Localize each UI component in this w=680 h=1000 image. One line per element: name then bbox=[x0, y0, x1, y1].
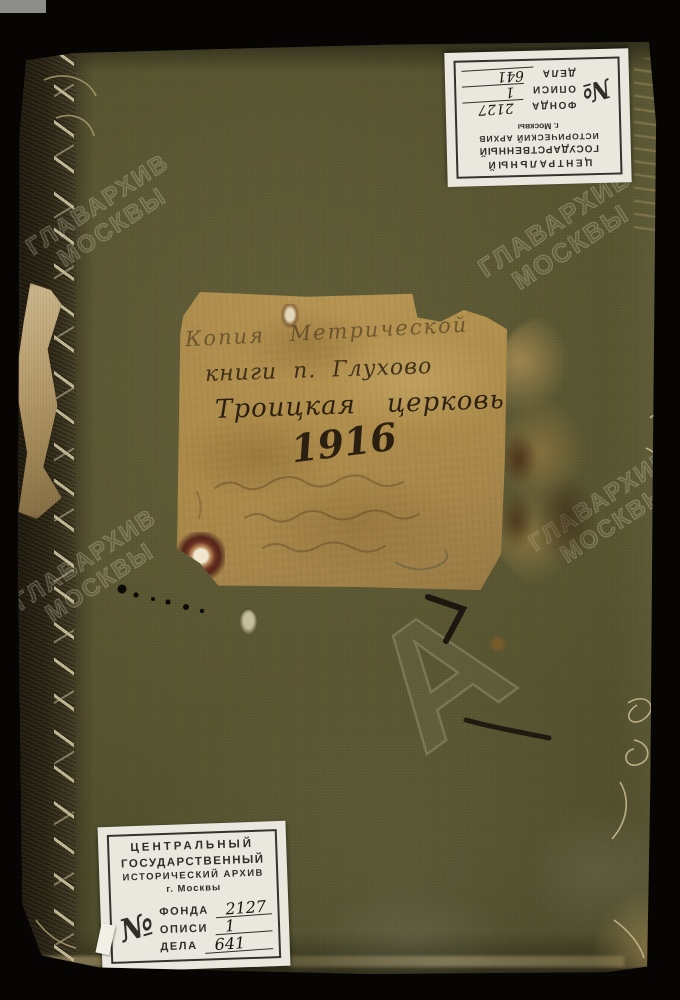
label-burn-hole bbox=[177, 532, 225, 580]
frayed-corner-bottom-right bbox=[590, 888, 660, 968]
ink-spatter bbox=[118, 585, 205, 614]
field-label: ОПИСИ bbox=[160, 922, 209, 936]
field-value-handwritten: 641 bbox=[204, 934, 273, 953]
watermark-big-letter: А bbox=[333, 561, 545, 788]
loose-threads bbox=[612, 414, 658, 958]
archive-label-bottom: ЦЕНТРАЛЬНЫЙ ГОСУДАРСТВЕННЫЙ ИСТОРИЧЕСКИЙ… bbox=[98, 821, 291, 973]
frayed-edge-top-right bbox=[634, 58, 660, 233]
ink-dash bbox=[466, 720, 549, 738]
archive-label-frame: ЦЕНТРАЛЬНЫЙ ГОСУДАРСТВЕННЫЙ ИСТОРИЧЕСКИЙ… bbox=[107, 829, 281, 964]
archive-label-frame: ЦЕНТРАЛЬНЫЙ ГОСУДАРСТВЕННЫЙ ИСТОРИЧЕСКИЙ… bbox=[453, 57, 622, 179]
field-label: ФОНДА bbox=[530, 99, 576, 111]
watermark-line: ГЛАВАРХИВ bbox=[518, 441, 680, 562]
archive-institution: ЦЕНТРАЛЬНЫЙ ГОСУДАРСТВЕННЫЙ ИСТОРИЧЕСКИЙ… bbox=[463, 118, 614, 172]
watermark-line: МОСКВЫ bbox=[483, 183, 658, 311]
dark-stain bbox=[536, 472, 598, 566]
field-value-handwritten: 641 bbox=[462, 67, 535, 84]
numero-sign: № bbox=[116, 906, 158, 950]
archival-photo-stage: ГЛАВАРХИВ МОСКВЫ ГЛАВАРХИВ МОСКВЫ ГЛАВАР… bbox=[0, 0, 680, 1000]
field-value-handwritten: 2127 bbox=[462, 99, 524, 116]
light-spot bbox=[240, 610, 257, 634]
field-label: ДЕЛА bbox=[160, 940, 198, 953]
watermark-line: МОСКВЫ bbox=[533, 464, 680, 585]
scanner-artifact-patch bbox=[0, 0, 46, 13]
field-row-fond: ФОНДА 2127 bbox=[463, 99, 577, 115]
archive-fields: № ФОНДА 2127 ОПИСИ 1 ДЕЛА 641 bbox=[462, 66, 613, 118]
handwritten-title-label: Копия Метрической книги п. Глухово Троиц… bbox=[175, 292, 507, 590]
field-row-delo: ДЕЛА 641 bbox=[160, 935, 273, 954]
archive-fields: № ФОНДА 2127 ОПИСИ 1 ДЕЛА 641 bbox=[117, 897, 273, 955]
book-cover: ГЛАВАРХИВ МОСКВЫ ГЛАВАРХИВ МОСКВЫ ГЛАВАР… bbox=[16, 40, 658, 974]
field-label: ОПИСИ bbox=[531, 83, 576, 95]
archive-label-top: ЦЕНТРАЛЬНЫЙ ГОСУДАРСТВЕННЫЙ ИСТОРИЧЕСКИЙ… bbox=[444, 49, 631, 187]
watermark-mid-right: ГЛАВАРХИВ МОСКВЫ bbox=[518, 441, 680, 584]
title-line-1: Копия Метрической bbox=[185, 313, 469, 352]
title-line-2: книги п. Глухово bbox=[205, 354, 433, 387]
archive-institution: ЦЕНТРАЛЬНЫЙ ГОСУДАРСТВЕННЫЙ ИСТОРИЧЕСКИЙ… bbox=[115, 836, 271, 898]
field-row-opis: ОПИСИ 1 bbox=[160, 918, 273, 937]
ink-mark-seven bbox=[428, 597, 463, 641]
field-value-handwritten: 1 bbox=[462, 83, 525, 100]
field-label: ДЕЛА bbox=[541, 67, 576, 79]
numero-sign: № bbox=[579, 72, 614, 108]
field-row-delo: ДЕЛА 641 bbox=[462, 67, 576, 83]
field-row-opis: ОПИСИ 1 bbox=[462, 83, 576, 99]
field-label: ФОНДА bbox=[159, 905, 209, 919]
spine-stitching bbox=[54, 46, 74, 964]
field-row-fond: ФОНДА 2127 bbox=[159, 900, 272, 919]
title-year: 1916 bbox=[289, 414, 399, 472]
brown-spot bbox=[489, 636, 507, 652]
field-value-handwritten: 2127 bbox=[215, 899, 272, 917]
